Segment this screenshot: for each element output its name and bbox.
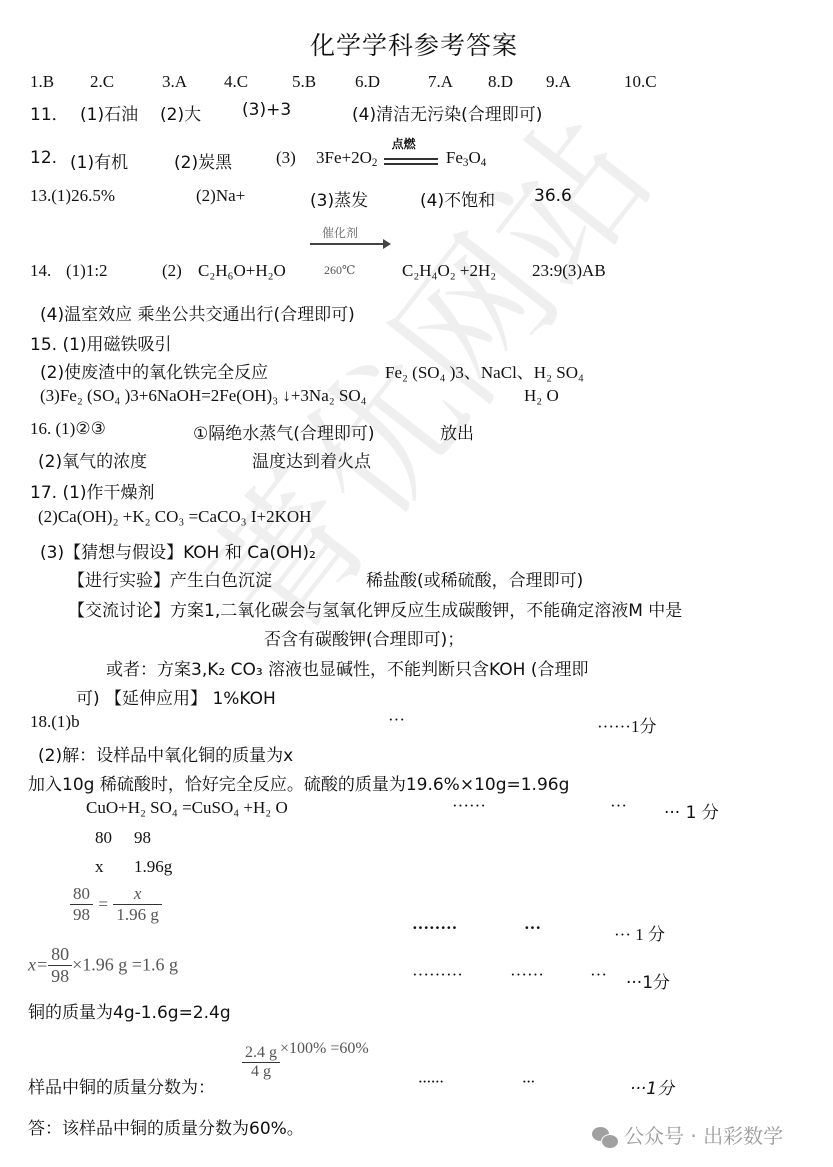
subscript: 4 — [481, 157, 487, 169]
denominator: 98 — [48, 966, 72, 987]
q-number: 13. — [30, 186, 51, 205]
answer-part: 稀盐酸(或稀硫酸，合理即可) — [366, 566, 583, 591]
answer-part: 铜的质量为4g-1.6g=2.4g — [28, 998, 231, 1023]
answer-part: (1)用磁铁吸引 — [62, 335, 171, 355]
footer-watermark: 公众号 · 出彩数学 — [592, 1120, 783, 1149]
dots: ··· — [610, 796, 627, 816]
fraction: 8098 — [48, 944, 72, 987]
answer-part: (1)有机 — [70, 148, 128, 173]
score-label: ······1分 — [597, 712, 656, 737]
dots: ··· — [522, 1072, 535, 1092]
answer-part: (4)温室效应 乘坐公共交通出行(合理即可) — [40, 300, 355, 325]
dots: ······ — [418, 1072, 444, 1092]
answer-part: 否含有碳酸钾(合理即可)； — [264, 625, 464, 650]
mc-answer: 10.C — [624, 72, 657, 92]
score-label: ··· 1 分 — [614, 920, 665, 945]
mc-answer: 8.D — [488, 72, 513, 92]
answer-part: (2)解：设样品中氧化铜的质量为x — [38, 741, 293, 766]
answer-part: H₂ O — [524, 386, 559, 406]
answer-part: (3)蒸发 — [310, 186, 368, 211]
mass-value: 80 — [95, 828, 112, 848]
answer-part: 13.(1)26.5% — [30, 186, 115, 206]
mc-answer: 2.C — [90, 72, 114, 92]
score-label: ··· 1 分 — [664, 798, 719, 823]
dots: ········· — [412, 965, 463, 985]
answer-part: (4)不饱和 — [420, 186, 495, 211]
answer-part: 【进行实验】产生白色沉淀 — [68, 566, 272, 591]
answer-part: (1)26.5% — [51, 186, 115, 205]
reactants: C₂H₆O+H₂O — [198, 261, 286, 281]
q-number: 16. — [30, 419, 51, 438]
answer-part: 17. (1)作干燥剂 — [30, 478, 155, 503]
equals-sign-icon: 点燃 — [382, 149, 442, 169]
answer-part: (1)石油 — [80, 100, 138, 125]
answer-part: 16. (1)②③ — [30, 419, 106, 439]
answer-part: 可) 【延伸应用】 1%KOH — [76, 684, 276, 709]
answer-part: (1)②③ — [56, 419, 106, 438]
answer-part: 36.6 — [534, 186, 572, 206]
mc-answer: 1.B — [30, 72, 54, 92]
mc-answer: 9.A — [546, 72, 571, 92]
q-number: 15. — [30, 335, 57, 355]
rhs: ×100% =60% — [280, 1040, 369, 1057]
mc-answer: 4.C — [224, 72, 248, 92]
answer-part: (2)Ca(OH)₂ +K₂ CO₃ =CaCO₃ I+2KOH — [38, 507, 311, 527]
answer-part: (1)1:2 — [66, 261, 108, 281]
mass-value: x — [95, 857, 104, 877]
answer-part: 15. (1)用磁铁吸引 — [30, 330, 172, 355]
subscript: 2 — [372, 157, 378, 169]
answer-part: (2)使废渣中的氧化铁完全反应 — [40, 358, 268, 383]
answer-part: (2)Na+ — [196, 186, 245, 206]
q-number: 12. — [30, 148, 57, 168]
answer-part: 加入10g 稀硫酸时，恰好完全反应。硫酸的质量为19.6%×10g=1.96g — [28, 770, 569, 795]
solve-equation: x=8098×1.96 g =1.6 g — [28, 944, 178, 987]
reaction-condition: 点燃 — [392, 135, 416, 152]
fraction: 8098 — [70, 884, 93, 925]
fraction: 2.4 g4 g — [242, 1044, 280, 1081]
dots: ······ — [452, 796, 486, 816]
answer-part: (2) — [162, 261, 182, 281]
denominator: 1.96 g — [113, 905, 162, 925]
numerator: 80 — [70, 884, 93, 905]
percent-equation: 2.4 g4 g×100% =60% — [242, 1040, 369, 1081]
answer-part: 18.(1)b — [30, 712, 80, 732]
catalyst-label: 催化剂 — [322, 224, 358, 241]
page-title: 化学学科参考答案 — [310, 26, 518, 62]
answer-label: 样品中铜的质量分数为： — [28, 1073, 215, 1098]
q-number: 11． — [30, 100, 69, 125]
answer-part: 23:9(3)AB — [532, 261, 606, 281]
mass-value: 98 — [134, 828, 151, 848]
answer-part: Fe₂ (SO₄ )3、NaCl、H₂ SO₄ — [385, 358, 584, 383]
dots: ··· — [388, 710, 405, 730]
dots: ········ — [412, 918, 457, 938]
mc-answer: 5.B — [292, 72, 316, 92]
ratio-equation: 8098 = x1.96 g — [70, 884, 162, 925]
dots: ······ — [510, 965, 544, 985]
numerator: 2.4 g — [242, 1044, 280, 1063]
answer-part: (3)+3 — [242, 100, 291, 120]
score-label: ···1分 — [630, 1074, 674, 1099]
chemical-equation: 3Fe+2O2 点燃 Fe3O4 — [316, 148, 486, 169]
final-answer: 答：该样品中铜的质量分数为60%。 — [28, 1114, 304, 1139]
arrow-line — [310, 243, 386, 245]
mc-answer: 6.D — [355, 72, 380, 92]
answer-part: (3)【猜想与假设】KOH 和 Ca(OH)₂ — [40, 538, 316, 563]
answer-part: 放出 — [440, 419, 474, 444]
rhs: ×1.96 g =1.6 g — [72, 955, 178, 975]
score-label: ···1分 — [626, 968, 670, 993]
products: C₂H₄O₂ +2H₂ — [402, 261, 496, 281]
answer-part: ①隔绝水蒸气(合理即可) — [193, 419, 375, 444]
answer-part: (3) — [276, 148, 296, 168]
answer-part: 或者：方案3,K₂ CO₃ 溶液也显碱性，不能判断只含KOH (合理即 — [106, 655, 588, 680]
chemical-equation: CuO+H₂ SO₄ =CuSO₄ +H₂ O — [86, 798, 288, 818]
answer-part: (4)清洁无污染(合理即可) — [352, 100, 542, 125]
answer-part: 温度达到着火点 — [252, 447, 371, 472]
numerator: 80 — [48, 944, 72, 966]
eq-right: Fe — [446, 148, 463, 167]
mc-answer: 7.A — [428, 72, 453, 92]
numerator: x — [113, 884, 162, 905]
answer-part: (2)大 — [160, 100, 201, 125]
answer-part: (2)氧气的浓度 — [38, 447, 147, 472]
answer-part: (2)炭黑 — [174, 148, 232, 173]
wechat-icon — [592, 1127, 618, 1149]
denominator: 4 g — [242, 1063, 280, 1081]
eq-left: 3Fe+2O — [316, 148, 372, 167]
dots: ··· — [590, 965, 607, 985]
answer-part: 【交流讨论】方案1,二氧化碳会与氢氧化钾反应生成碳酸钾，不能确定溶液M 中是 — [68, 596, 682, 621]
answer-part: (3)Fe₂ (SO₄ )3+6NaOH=2Fe(OH)₃ ↓+3Na₂ SO₄ — [40, 386, 367, 406]
answer-part: (1)作干燥剂 — [62, 483, 154, 503]
temperature-label: 260℃ — [324, 263, 355, 278]
footer-label: 公众号 · 出彩数学 — [624, 1124, 783, 1148]
mass-value: 1.96g — [134, 857, 172, 877]
lhs: x= — [28, 955, 48, 975]
mc-answer: 3.A — [162, 72, 187, 92]
q-number: 17. — [30, 483, 57, 503]
dots: ··· — [524, 918, 541, 938]
arrow-right-icon — [383, 239, 391, 249]
q-number: 14. — [30, 261, 51, 281]
fraction: x1.96 g — [113, 884, 162, 925]
eq-right: O — [468, 148, 480, 167]
denominator: 98 — [70, 905, 93, 925]
